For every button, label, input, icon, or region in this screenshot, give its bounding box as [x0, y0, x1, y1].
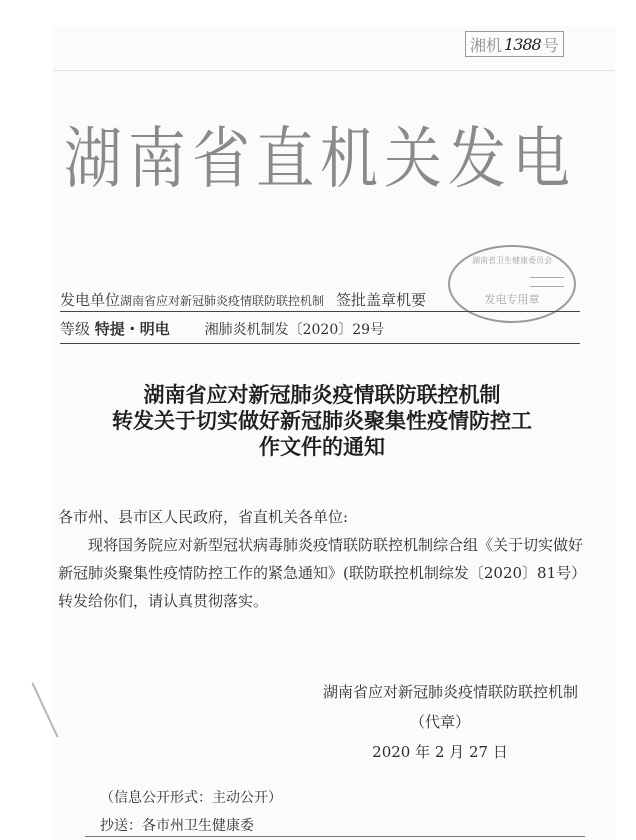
sign-label: 签批盖章 — [336, 291, 396, 309]
title-line-1: 湖南省应对新冠肺炎疫情联防联控机制 — [56, 382, 588, 408]
salutation: 各市州、县市区人民政府，省直机关各单位: — [58, 503, 588, 531]
disclosure-note: （信息公开形式：主动公开） — [100, 784, 282, 812]
masthead-title: 湖南省直机关发电 — [60, 118, 580, 199]
sender-row: 发电单位湖南省应对新冠肺炎疫情联防联控机制签批盖章机要 — [60, 289, 426, 310]
serial-number: 1388 — [504, 35, 541, 54]
grade-label: 等级 — [60, 320, 90, 338]
serial-number-box: 湘机 1388 号 — [465, 31, 564, 57]
header-rule-1 — [60, 311, 580, 312]
serial-prefix: 湘机 — [470, 33, 502, 56]
signature-date: 2020 年 2 月 27 日 — [290, 737, 590, 767]
document-body: 各市州、县市区人民政府，省直机关各单位: 现将国务院应对新型冠状病毒肺炎疫情联防… — [58, 503, 588, 615]
signature-org: 湖南省应对新冠肺炎疫情联防联控机制 — [290, 677, 590, 707]
grade-value: 特提・明电 — [95, 320, 170, 338]
document-title: 湖南省应对新冠肺炎疫情联防联控机制 转发关于切实做好新冠肺炎聚集性疫情防控工 作… — [56, 382, 588, 460]
grade-row: 等级 特提・明电 湘肺炎机制发〔2020〕29号 — [60, 318, 384, 339]
document-number: 湘肺炎机制发〔2020〕29号 — [205, 322, 384, 338]
seal-note: （代章） — [290, 707, 590, 737]
seal-center-text: 机要 — [396, 291, 426, 309]
seal-lines — [530, 277, 564, 287]
sender-unit: 湖南省应对新冠肺炎疫情联防联控机制 — [120, 294, 324, 308]
header-rule-2 — [60, 343, 580, 344]
seal-arc-text: 湖南省卫生健康委员会 — [450, 255, 574, 266]
top-divider — [53, 70, 615, 71]
footer-rule — [85, 836, 585, 837]
signature-block: 湖南省应对新冠肺炎疫情联防联控机制 （代章） 2020 年 2 月 27 日 — [290, 677, 590, 767]
body-paragraph: 现将国务院应对新型冠状病毒肺炎疫情联防联控机制综合组《关于切实做好新冠肺炎聚集性… — [58, 531, 588, 615]
sender-label: 发电单位 — [60, 291, 120, 309]
serial-suffix: 号 — [543, 33, 559, 56]
seal-bottom-text: 发电专用章 — [450, 291, 574, 307]
document-footer: （信息公开形式：主动公开） 抄送：各市州卫生健康委 — [100, 784, 282, 840]
title-line-3: 作文件的通知 — [56, 434, 588, 460]
title-line-2: 转发关于切实做好新冠肺炎聚集性疫情防控工 — [56, 408, 588, 434]
